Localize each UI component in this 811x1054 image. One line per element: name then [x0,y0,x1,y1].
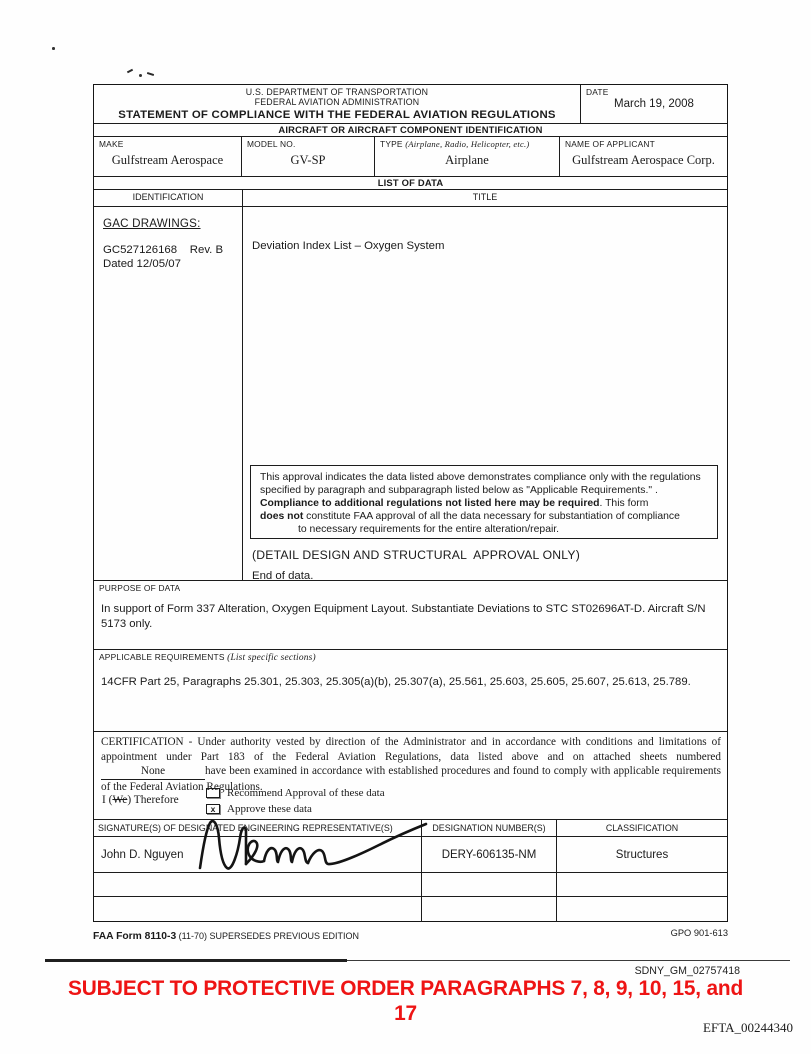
date-label: DATE [581,85,727,97]
type-cell: TYPE (Airplane, Radio, Helicopter, etc.)… [374,137,559,176]
approval-note-line-1: This approval indicates the data listed … [260,471,711,484]
approval-note-line-4: does not constitute FAA approval of all … [260,510,711,523]
make-label: MAKE [94,137,241,149]
scan-pen-mark [127,69,133,74]
page-divider-thin [347,960,790,961]
i-we-therefore: I (We) Therefore [102,794,179,806]
applicable-label: APPLICABLE REQUIREMENTS (List specific s… [94,650,727,663]
agency-line-2: FEDERAL AVIATION ADMINISTRATION [94,98,580,108]
list-column-headers: IDENTIFICATION TITLE [94,189,727,206]
applicable-label-parenthetical: (List specific sections) [227,653,316,663]
scan-speck [52,47,55,50]
approval-options: Recommend Approval of these data x Appro… [206,785,385,817]
page-divider-thick [45,959,347,962]
purpose-body: In support of Form 337 Alteration, Oxyge… [94,593,727,633]
designation-number: DERY-606135-NM [421,837,556,872]
classification-value: Structures [556,837,727,872]
protective-order-stamp: SUBJECT TO PROTECTIVE ORDER PARAGRAPHS 7… [61,976,751,1026]
applicable-body: 14CFR Part 25, Paragraphs 25.301, 25.303… [94,663,727,688]
signer-name-empty [94,897,421,922]
form-number: FAA Form 8110-3 [93,931,176,942]
drawing-date: Dated 12/05/07 [103,258,242,270]
we-struck-out: We [112,794,127,806]
identification-column: GAC DRAWINGS: GC527126168 Rev. B Dated 1… [94,207,243,580]
designation-empty [421,873,556,896]
type-label-parenthetical: (Airplane, Radio, Helicopter, etc.) [405,139,529,149]
table-row [94,897,727,922]
approval-note-line-5: to necessary requirements for the entire… [260,523,711,536]
scan-pen-mark [147,72,154,76]
list-of-data-banner: LIST OF DATA [94,176,727,189]
classification-empty [556,897,727,922]
faa-form-8110-3: U.S. DEPARTMENT OF TRANSPORTATION FEDERA… [93,84,728,922]
certification-section: CERTIFICATION - Under authority vested b… [94,731,727,819]
purpose-section: PURPOSE OF DATA In support of Form 337 A… [94,580,727,650]
recommend-approval-option: Recommend Approval of these data [206,785,385,801]
aircraft-identification-banner: AIRCRAFT OR AIRCRAFT COMPONENT IDENTIFIC… [94,123,727,136]
handwritten-signature [194,818,429,876]
date-value: March 19, 2008 [581,98,727,110]
model-value: GV-SP [242,153,374,168]
applicant-cell: NAME OF APPLICANT Gulfstream Aerospace C… [559,137,727,176]
recommend-approval-label: Recommend Approval of these data [227,787,385,799]
table-row [94,873,727,897]
make-value: Gulfstream Aerospace [94,153,241,168]
list-of-data-area: GAC DRAWINGS: GC527126168 Rev. B Dated 1… [94,206,727,580]
gac-drawings-heading: GAC DRAWINGS: [103,217,242,230]
column-header-title: TITLE [243,190,727,206]
approve-data-checkbox[interactable]: x [206,804,220,814]
model-label: MODEL NO. [242,137,374,149]
form-title: STATEMENT OF COMPLIANCE WITH THE FEDERAL… [94,109,580,121]
applicant-label: NAME OF APPLICANT [560,137,727,149]
designation-empty [421,897,556,922]
classification-column-header: CLASSIFICATION [556,820,727,836]
attached-sheets-blank: None [101,764,205,780]
identification-row: MAKE Gulfstream Aerospace MODEL NO. GV-S… [94,136,727,176]
designation-column-header: DESIGNATION NUMBER(S) [421,820,556,836]
type-label: TYPE (Airplane, Radio, Helicopter, etc.) [375,137,559,149]
end-of-data-note: End of data. [252,570,313,582]
form-number-line: FAA Form 8110-3 (11-70) SUPERSEDES PREVI… [93,926,671,944]
form-edition-note: (11-70) SUPERSEDES PREVIOUS EDITION [176,931,359,941]
drawing-number: GC527126168 Rev. B [103,244,242,256]
approval-note-line-3: Compliance to additional regulations not… [260,497,711,510]
data-title-value: Deviation Index List – Oxygen System [252,240,444,252]
make-cell: MAKE Gulfstream Aerospace [94,137,241,176]
approve-data-label: Approve these data [227,803,312,815]
purpose-label: PURPOSE OF DATA [94,581,727,593]
approval-note-line-2: specified by paragraph and subparagraph … [260,484,711,497]
applicant-value: Gulfstream Aerospace Corp. [560,153,727,168]
signer-name-empty [94,873,421,896]
classification-empty [556,873,727,896]
gpo-number: GPO 901-613 [671,926,728,944]
signature-table: SIGNATURE(S) OF DESIGNATED ENGINEERING R… [94,819,727,921]
agency-block: U.S. DEPARTMENT OF TRANSPORTATION FEDERA… [94,85,580,123]
scanned-document-page: U.S. DEPARTMENT OF TRANSPORTATION FEDERA… [0,0,811,1054]
approval-note-box: This approval indicates the data listed … [250,465,718,539]
approve-data-option: x Approve these data [206,801,385,817]
applicable-requirements-section: APPLICABLE REQUIREMENTS (List specific s… [94,649,727,731]
column-header-identification: IDENTIFICATION [94,190,243,206]
form-footer: FAA Form 8110-3 (11-70) SUPERSEDES PREVI… [93,926,728,944]
scan-speck [139,74,142,77]
recommend-approval-checkbox[interactable] [206,788,220,798]
type-value: Airplane [375,153,559,168]
model-cell: MODEL NO. GV-SP [241,137,374,176]
certification-paragraph: CERTIFICATION - Under authority vested b… [94,732,727,794]
efta-bates-number: EFTA_00244340 [688,1020,793,1036]
detail-design-note: (DETAIL DESIGN AND STRUCTURAL APPROVAL O… [252,548,580,562]
form-header: U.S. DEPARTMENT OF TRANSPORTATION FEDERA… [94,85,727,123]
date-box: DATE March 19, 2008 [580,85,727,123]
